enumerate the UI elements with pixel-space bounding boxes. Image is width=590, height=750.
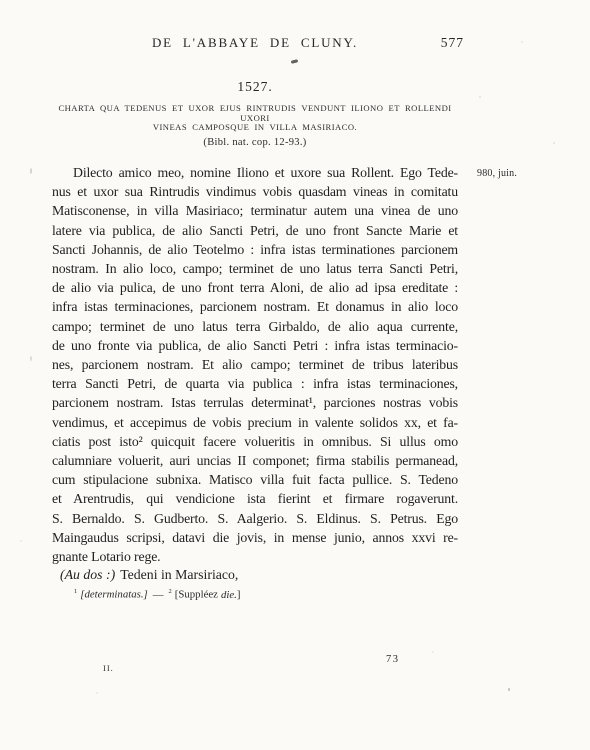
footnote-ref-1: 1 (74, 588, 77, 595)
scan-speck (96, 692, 98, 694)
body-line: Sancti Johannis, de alio Teotelmo : infr… (52, 240, 458, 259)
footnote: 1[determinatas.]—2[Suppléezdie.] (74, 588, 394, 601)
footnote-text-1: [determinatas.] (80, 589, 147, 601)
footnote-text-2-close: ] (237, 589, 241, 601)
body-line: calumniare voluerit, auri uncias II comp… (52, 451, 458, 470)
footnote-separator: — (153, 589, 164, 601)
page-number: 577 (434, 35, 464, 51)
body-line: ciatis post isto² quicquit facere voluer… (52, 432, 458, 451)
scan-speck (479, 96, 481, 98)
au-dos-label: (Au dos :) (60, 567, 115, 582)
charter-title-line1: CHARTA QUA TEDENUS ET UXOR EJUS RINTRUDI… (52, 103, 458, 123)
body-line: Dilecto amico meo, nomine Iliono et uxor… (52, 163, 458, 182)
body-line: et Arentrudis, qui vendicione ista fieri… (52, 489, 458, 508)
body-line: cum stipulacione subnixa. Matisco villa … (52, 470, 458, 489)
scan-smudge (291, 59, 299, 64)
footer-signature-mark: 73 (386, 654, 400, 665)
body-line: terra Sancti Petri, de quarta via public… (52, 374, 458, 393)
footnote-text-2-italic: die. (221, 589, 237, 601)
body-line: S. Bernaldo. S. Gudberto. S. Aalgerio. S… (52, 509, 458, 528)
scan-speck (30, 356, 32, 361)
body-line: nes, parcionem nostram. Et alio campo; t… (52, 355, 458, 374)
scan-speck (553, 142, 555, 144)
body-line: nostram. In alio loco, campo; terminet d… (52, 259, 458, 278)
charter-title-line2: VINEAS CAMPOSQUE IN VILLA MASIRIACO. (52, 122, 458, 132)
body-line: infra istas terminaciones, parcionem nos… (52, 297, 458, 316)
body-line: de uno fronte via publica, de alio Sanct… (52, 336, 458, 355)
au-dos-text: Tedeni in Marsiriaco, (120, 567, 238, 582)
body-line: parcionem nostram. Istas terrulas determ… (52, 393, 458, 412)
footnote-ref-2: 2 (169, 588, 172, 595)
running-title: DE L'ABBAYE DE CLUNY. (52, 35, 458, 51)
au-dos-line: (Au dos :)Tedeni in Marsiriaco, (52, 565, 458, 584)
act-number: 1527. (52, 79, 458, 95)
body-line: latere via publica, de alio Sancti Petri… (52, 221, 458, 240)
body-line: vendimus, et accepimus de vobis precium … (52, 413, 458, 432)
scan-speck (521, 41, 523, 43)
body-line: nus et uxor sua Rintrudis vindimus vobis… (52, 182, 458, 201)
scan-speck (508, 688, 510, 691)
footer-volume-number: II. (103, 663, 114, 673)
charter-body: Dilecto amico meo, nomine Iliono et uxor… (52, 163, 458, 566)
margin-date-note: 980, juin. (477, 168, 517, 179)
body-line: gnante Lotario rege. (52, 547, 458, 566)
scan-speck (20, 540, 22, 542)
scan-speck (432, 651, 434, 653)
scanned-book-page: DE L'ABBAYE DE CLUNY. 577 1527. CHARTA Q… (0, 0, 590, 750)
scan-speck (30, 168, 32, 174)
body-line: Maingaudus scripsi, datavi die jovis, in… (52, 528, 458, 547)
source-reference: (Bibl. nat. cop. 12-93.) (52, 137, 458, 148)
body-line: campo; terminet de uno latus terra Girba… (52, 317, 458, 336)
body-line: Matisconense, in villa Masiriaco; termin… (52, 201, 458, 220)
body-line: de alio via pulica, de uno front terra A… (52, 278, 458, 297)
footnote-text-2: [Suppléez (175, 589, 218, 601)
